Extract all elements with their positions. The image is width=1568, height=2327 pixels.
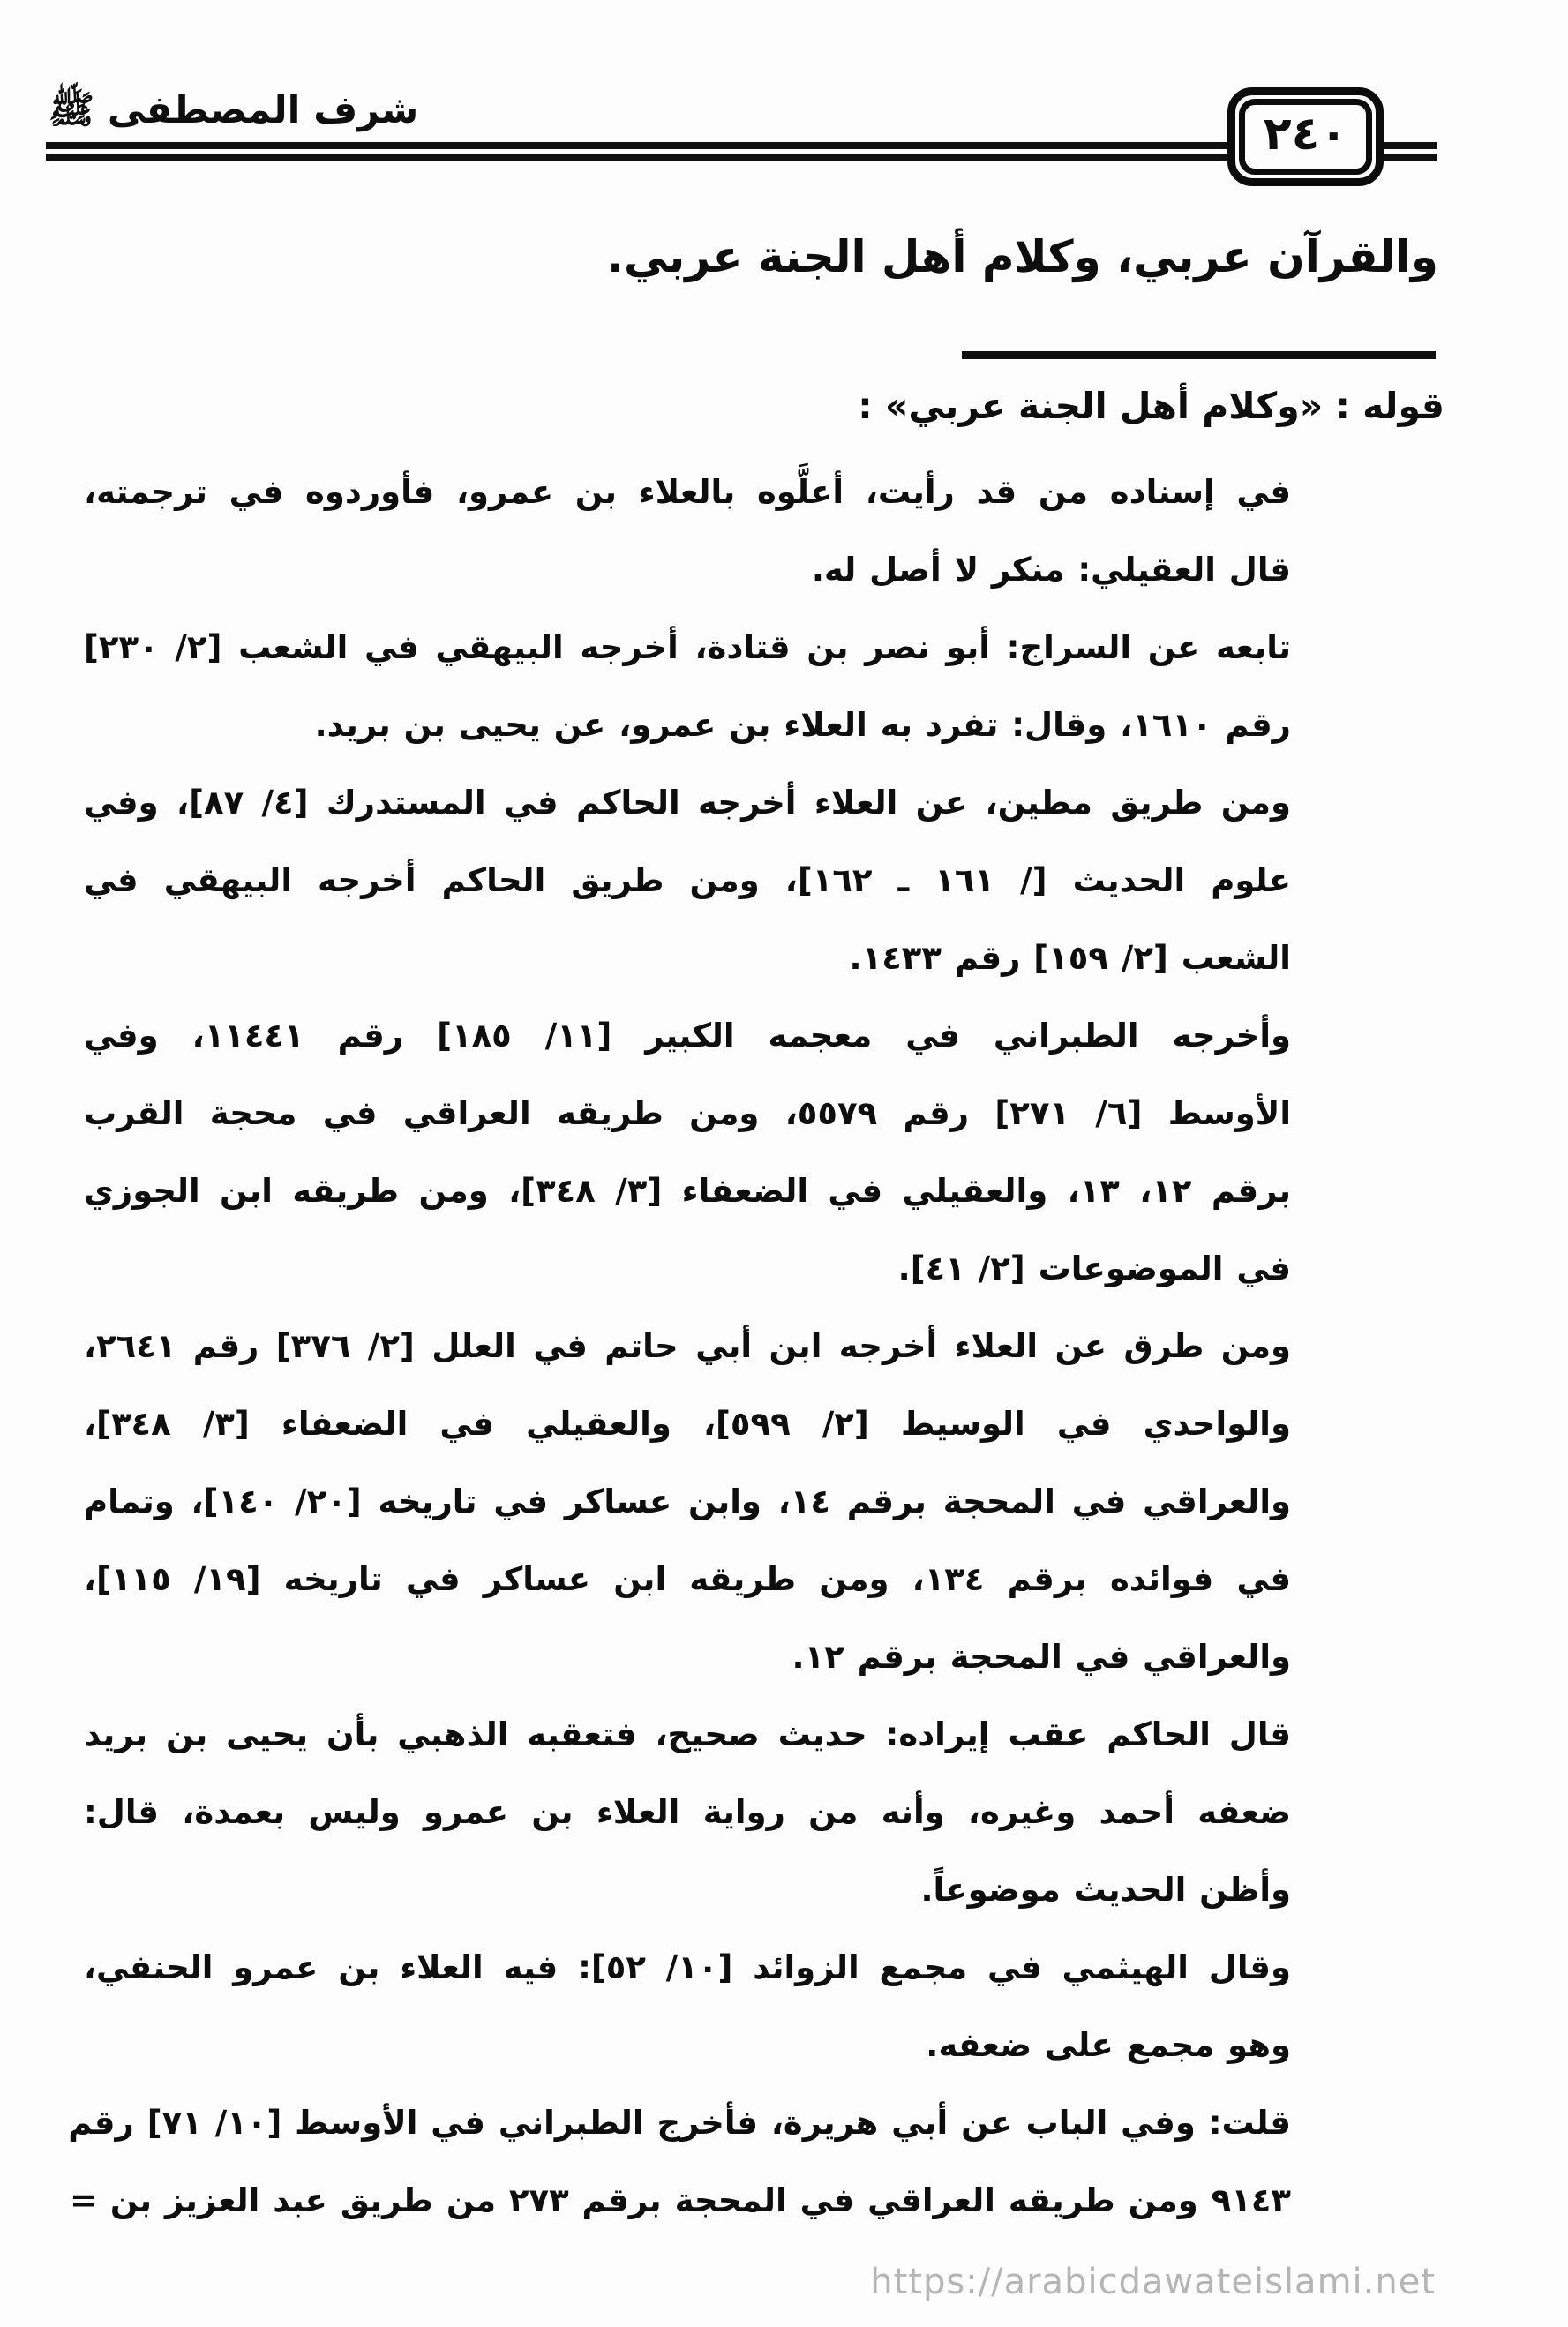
commentary-line: ومن طرق عن العلاء أخرجه ابن أبي حاتم في … (84, 1308, 1291, 1385)
commentary-line: تابعه عن السراج: أبو نصر بن قتادة، أخرجه… (84, 609, 1291, 687)
book-page: شرف المصطفى ﷺ ٢٤٠ والقرآن عربي، وكلام أه… (0, 0, 1568, 2327)
page-number-badge: ٢٤٠ (1227, 87, 1384, 186)
page-number: ٢٤٠ (1264, 111, 1347, 162)
commentary-body: في إسناده من قد رأيت، أعلَّوه بالعلاء بن… (84, 454, 1291, 2240)
commentary-line: ومن طريق مطين، عن العلاء أخرجه الحاكم في… (84, 764, 1291, 842)
commentary-heading: قوله : «وكلام أهل الجنة عربي» : (858, 385, 1444, 427)
commentary-line: قلت: وفي الباب عن أبي هريرة، فأخرج الطبر… (84, 2084, 1291, 2162)
page-number-badge-inner: ٢٤٠ (1239, 99, 1372, 175)
commentary-line: الأوسط [٦/ ٢٧١] رقم ٥٥٧٩، ومن طريقه العر… (84, 1075, 1291, 1152)
commentary-line: والعراقي في المحجة برقم ١٤، وابن عساكر ف… (84, 1463, 1291, 1541)
book-title: شرف المصطفى ﷺ (49, 86, 418, 142)
commentary-line: الشعب [٢/ ١٥٩] رقم ١٤٣٣. (84, 920, 1291, 997)
commentary-line: والواحدي في الوسيط [٢/ ٥٩٩]، والعقيلي في… (84, 1385, 1291, 1463)
commentary-line: وهو مجمع على ضعفه. (84, 2007, 1291, 2084)
commentary-line: قال العقيلي: منكر لا أصل له. (84, 531, 1291, 609)
commentary-line: وقال الهيثمي في مجمع الزوائد [١٠/ ٥٢]: ف… (84, 1929, 1291, 2007)
commentary-line: وأظن الحديث موضوعاً. (84, 1851, 1291, 1929)
watermark-url: https://arabicdawateislami.net (870, 2262, 1436, 2302)
commentary-line: في إسناده من قد رأيت، أعلَّوه بالعلاء بن… (84, 454, 1291, 531)
matn-text: والقرآن عربي، وكلام أهل الجنة عربي. (607, 231, 1438, 282)
section-separator-rule (962, 351, 1436, 359)
commentary-line: وأخرجه الطبراني في معجمه الكبير [١١/ ١٨٥… (84, 997, 1291, 1075)
commentary-line: برقم ١٢، ١٣، والعقيلي في الضعفاء [٣/ ٣٤٨… (84, 1152, 1291, 1230)
commentary-line: في الموضوعات [٢/ ٤١]. (84, 1230, 1291, 1308)
header-rule (46, 142, 1227, 161)
header-rule-right-segment (1382, 142, 1437, 161)
commentary-line: رقم ١٦١٠، وقال: تفرد به العلاء بن عمرو، … (84, 687, 1291, 764)
commentary-line: علوم الحديث [/ ١٦١ ـ ١٦٢]، ومن طريق الحا… (84, 842, 1291, 920)
commentary-line: ٩١٤٣ ومن طريقه العراقي في المحجة برقم ٢٧… (84, 2162, 1291, 2240)
commentary-line: في فوائده برقم ١٣٤، ومن طريقه ابن عساكر … (84, 1541, 1291, 1618)
commentary-line: والعراقي في المحجة برقم ١٢. (84, 1618, 1291, 1696)
commentary-line: ضعفه أحمد وغيره، وأنه من رواية العلاء بن… (84, 1774, 1291, 1851)
commentary-line: قال الحاكم عقب إيراده: حديث صحيح، فتعقبه… (84, 1696, 1291, 1774)
